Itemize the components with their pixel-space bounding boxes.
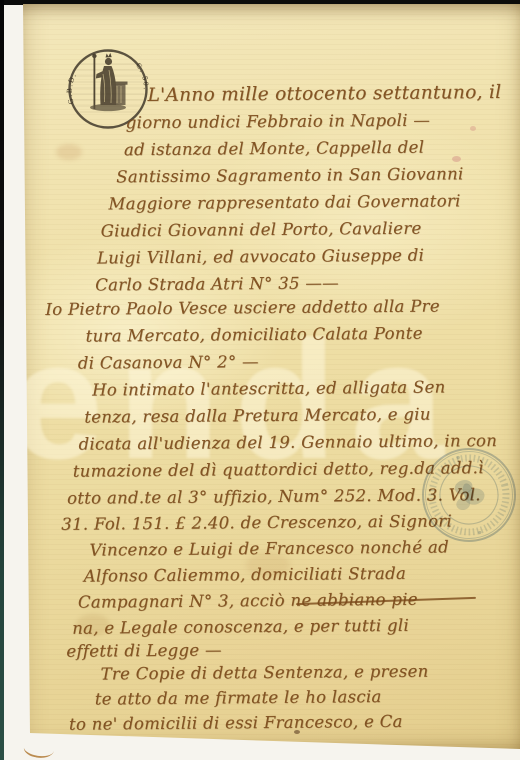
photo-left-edge <box>0 0 4 760</box>
manuscript-line-1: L'Anno mille ottocento settantuno, il <box>147 82 501 106</box>
paper-fiber-thread <box>22 737 55 760</box>
manuscript-line-24: te atto da me firmate le ho lascia <box>95 687 382 709</box>
manuscript-line-10: tura Mercato, domiciliato Calata Ponte <box>86 324 423 346</box>
manuscript-line-18: Vincenzo e Luigi de Francesco nonché ad <box>89 537 449 559</box>
manuscript-line-17: 31. Fol. 151. £ 2.40. de Crescenzo, ai S… <box>61 511 452 533</box>
manuscript-line-22: effetti di Legge — <box>66 640 222 660</box>
manuscript-line-25: to ne' domicilii di essi Francesco, e Ca <box>69 712 403 734</box>
manuscript-line-11: di Casanova N° 2° — <box>78 352 259 373</box>
manuscript-line-21: na, e Legale conoscenza, e per tutti gli <box>72 616 409 638</box>
manuscript-line-4: Santissimo Sagramento in San Giovanni <box>116 164 463 186</box>
manuscript-line-23: Tre Copie di detta Sentenza, e presen <box>100 662 428 684</box>
manuscript-line-8: Carlo Strada Atri N° 35 —— <box>95 273 339 294</box>
manuscript-lines: L'Anno mille ottocento settantuno, ilgio… <box>13 2 520 756</box>
document-photo: enda <box>0 0 520 760</box>
manuscript-line-9: Io Pietro Paolo Vesce usciere addetto al… <box>45 296 440 318</box>
manuscript-line-6: Giudici Giovanni del Porto, Cavaliere <box>101 219 422 241</box>
manuscript-line-3: ad istanza del Monte, Cappella del <box>124 138 424 160</box>
manuscript-line-13: tenza, resa dalla Pretura Mercato, e giu <box>84 405 431 427</box>
manuscript-line-2: giorno undici Febbraio in Napoli — <box>126 111 431 133</box>
manuscript-paper: enda <box>16 4 520 754</box>
manuscript-line-12: Ho intimato l'antescritta, ed alligata S… <box>92 377 446 399</box>
manuscript-line-7: Luigi Villani, ed avvocato Giuseppe di <box>97 246 424 268</box>
manuscript-line-5: Maggiore rappresentato dai Governatori <box>108 191 460 213</box>
manuscript-line-19: Alfonso Caliemmo, domiciliati Strada <box>84 564 406 586</box>
